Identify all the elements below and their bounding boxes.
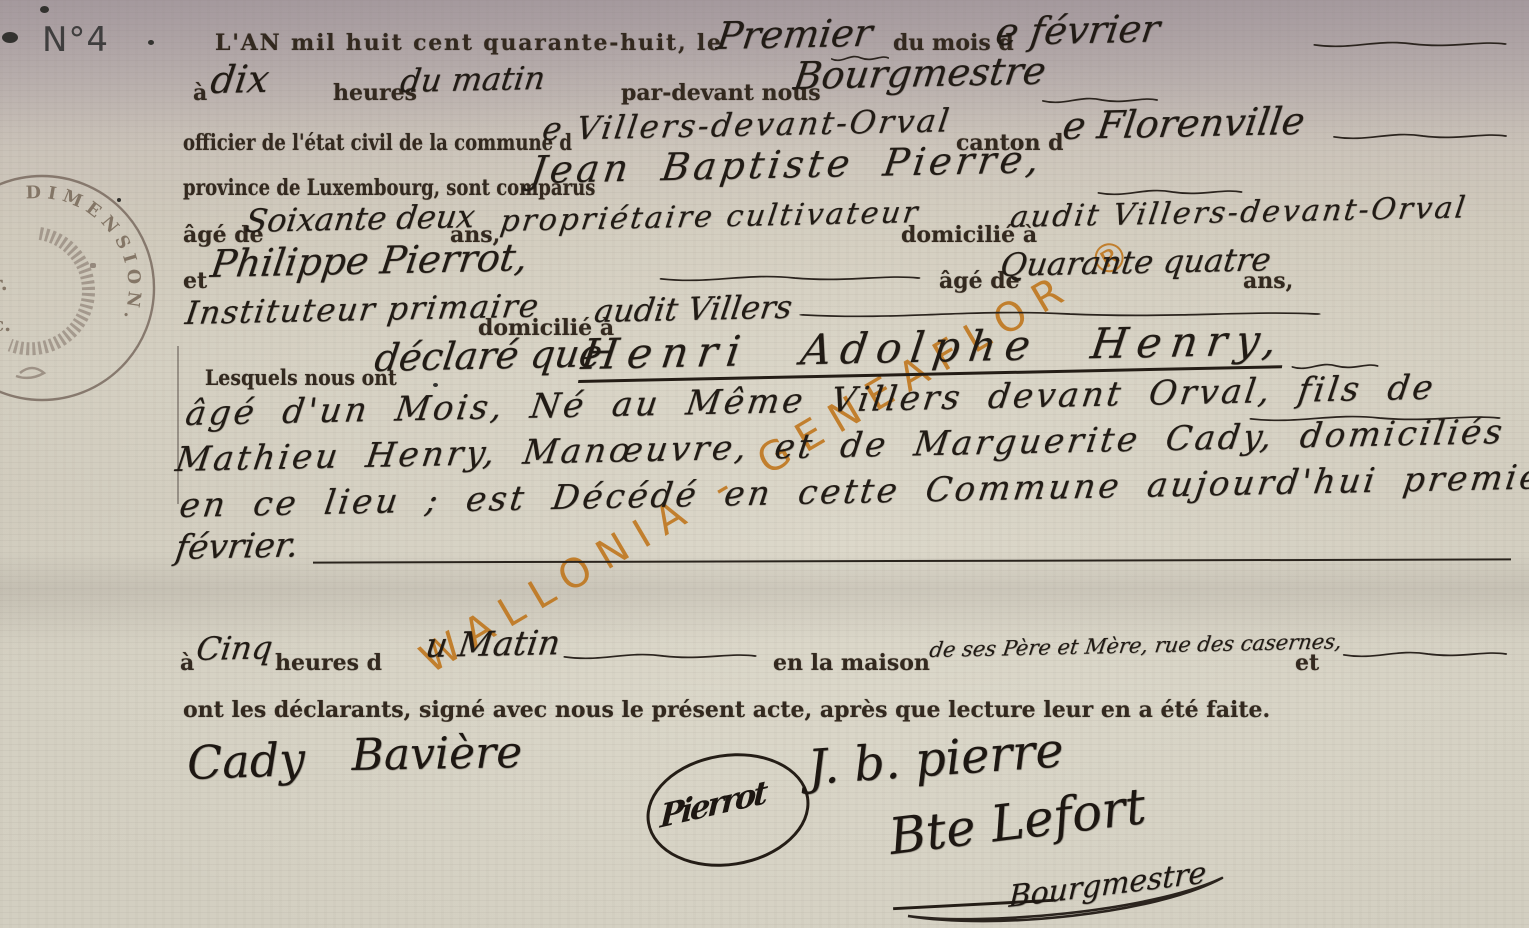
death-record-scan: DIMENSION. r. c. WALLONIA - GENEAFLOR ® … [0, 0, 1529, 928]
printed-and-2: et [1295, 650, 1319, 676]
flourish [1095, 184, 1245, 200]
dimension-stamp: DIMENSION. r. c. [0, 148, 170, 448]
stamp-fragment-c: c. [0, 312, 11, 336]
printed-at-2: à [180, 650, 194, 676]
signature-baviere: Bavière [351, 727, 522, 781]
flourish [790, 306, 1330, 322]
entry-death-month: février. [173, 525, 301, 568]
signature-pierrot: Pierrot [659, 773, 766, 836]
printed-in-house: en la maison [773, 650, 930, 676]
margin-rule [177, 346, 179, 504]
entry-month: e février [993, 6, 1163, 54]
entry-death-time-of-day: u Matin [423, 623, 563, 666]
entry-declarant2-name: Philippe Pierrot, [208, 235, 530, 286]
printed-at: à [193, 80, 207, 106]
flourish [1290, 358, 1380, 374]
ink-speck [40, 6, 49, 13]
flourish [830, 50, 890, 66]
entry-declarant1-age: Soixante deux [243, 197, 477, 240]
printed-declared-lead: Lesquels nous ont [205, 365, 397, 390]
flourish [1310, 36, 1510, 52]
printed-years-2: ans, [1243, 268, 1293, 294]
printed-closing-formula: ont les déclarants, signé avec nous le p… [183, 697, 1270, 723]
entry-hour: dix [208, 57, 272, 102]
signature-cady: Cady [186, 732, 306, 790]
printed-and: et [183, 268, 207, 294]
ink-speck [2, 32, 18, 43]
entry-declarant2-domicile: audit Villers [592, 288, 795, 330]
ink-speck [148, 40, 154, 45]
printed-year-text: L'AN mil huit cent quarante-huit, le [215, 30, 723, 56]
flourish [655, 270, 925, 286]
flourish [1245, 410, 1505, 426]
act-number: N°4 [42, 20, 109, 60]
entry-time-of-day: du matin [398, 59, 548, 100]
flourish [1330, 128, 1510, 144]
printed-hours-2: heures d [275, 650, 382, 676]
flourish [560, 648, 760, 664]
entry-declarant2-age: Quarante quatre [998, 240, 1273, 284]
stamp-fragment-r: r. [0, 271, 8, 295]
entry-declared-that: déclaré que [372, 331, 605, 380]
stamp-wreath-bow [16, 368, 44, 378]
stamp-ornament [90, 263, 96, 268]
ink-speck [117, 198, 121, 202]
flourish [1340, 646, 1510, 662]
printed-commune-lead: officier de l'état civil de la commune d [183, 130, 572, 156]
flourish [1040, 92, 1160, 108]
ink-speck [433, 383, 438, 387]
entry-death-hour: Cinq [194, 628, 275, 668]
stamp-wreath [10, 234, 89, 349]
